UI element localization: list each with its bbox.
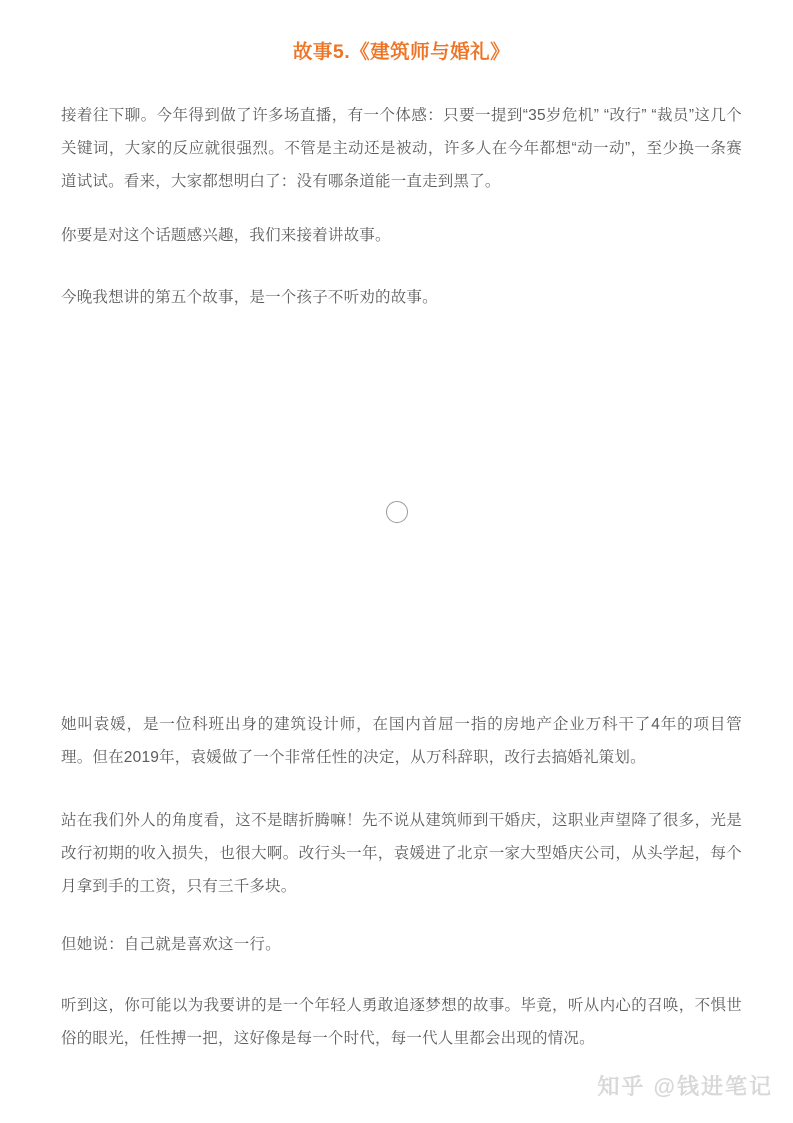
paragraph-yuanyuan-background: 她叫袁媛，是一位科班出身的建筑设计师，在国内首屈一指的房地产企业万科干了4年的项… [61,708,742,774]
zhihu-watermark: 知乎 @钱进笔记 [597,1072,773,1102]
watermark-text: 知乎 @钱进笔记 [597,1074,773,1099]
image-placeholder [61,332,742,688]
article-page: 故事5.《建筑师与婚礼》 接着往下聊。今年得到做了许多场直播，有一个体感：只要一… [0,0,793,1123]
paragraph-fifth-story: 今晚我想讲的第五个故事，是一个孩子不听劝的故事。 [61,281,742,314]
paragraph-intro: 接着往下聊。今年得到做了许多场直播，有一个体感：只要一提到“35岁危机” “改行… [61,99,742,198]
paragraph-dream-chasing: 听到这，你可能以为我要讲的是一个年轻人勇敢追逐梦想的故事。毕竟，听从内心的召唤，… [61,989,742,1055]
paragraph-invite: 你要是对这个话题感兴趣，我们来接着讲故事。 [61,219,742,252]
article-title: 故事5.《建筑师与婚礼》 [61,38,742,67]
paragraph-she-says: 但她说：自己就是喜欢这一行。 [61,928,742,961]
loading-circle-icon [386,501,408,523]
paragraph-career-change: 站在我们外人的角度看，这不是瞎折腾嘛！先不说从建筑师到干婚庆，这职业声望降了很多… [61,804,742,903]
